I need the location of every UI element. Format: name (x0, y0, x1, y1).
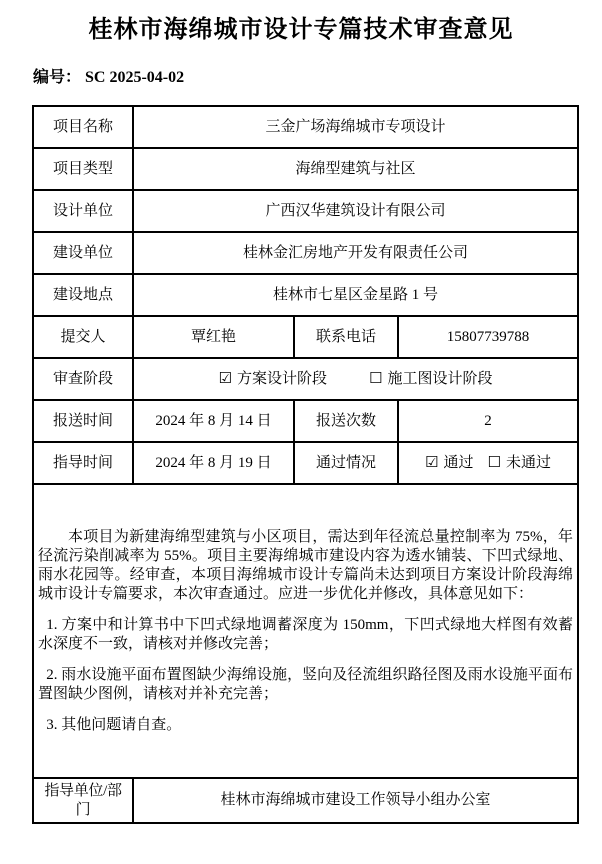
design-unit-label: 设计单位 (33, 190, 133, 232)
review-opinion-item-1: 1. 方案中和计算书中下凹式绿地调蓄深度为 150mm，下凹式绿地大样图有效蓄水… (38, 616, 573, 654)
review-stage-value: ☑方案设计阶段 ☐施工图设计阶段 (133, 358, 578, 400)
guidance-date-label: 指导时间 (33, 442, 133, 484)
table-row: 指导时间 2024 年 8 月 19 日 通过情况 ☑通过 ☐未通过 (33, 442, 578, 484)
submission-count-value: 2 (398, 400, 578, 442)
review-stage-option-scheme-label: 方案设计阶段 (237, 371, 327, 387)
construction-site-value: 桂林市七星区金星路 1 号 (133, 274, 578, 316)
guidance-unit-value: 桂林市海绵城市建设工作领导小组办公室 (133, 778, 578, 823)
review-opinion-paragraph: 本项目为新建海绵型建筑与小区项目，需达到年径流总量控制率为 75%，年径流污染削… (38, 528, 573, 604)
review-stage-option-construction-drawing-label: 施工图设计阶段 (387, 371, 492, 387)
review-opinion-item-2: 2. 雨水设施平面布置图缺少海绵设施，竖向及径流组织路径图及雨水设施平面布置图缺… (38, 666, 573, 704)
project-name-value: 三金广场海绵城市专项设计 (133, 106, 578, 148)
table-row: 本项目为新建海绵型建筑与小区项目，需达到年径流总量控制率为 75%，年径流污染削… (33, 484, 578, 778)
table-row: 提交人 覃红艳 联系电话 15807739788 (33, 316, 578, 358)
review-opinion-cell: 本项目为新建海绵型建筑与小区项目，需达到年径流总量控制率为 75%，年径流污染削… (33, 484, 578, 778)
review-stage-label: 审查阶段 (33, 358, 133, 400)
doc-number-value: SC 2025-04-02 (85, 69, 184, 86)
submission-count-label: 报送次数 (294, 400, 398, 442)
construction-site-label: 建设地点 (33, 274, 133, 316)
checkbox-unchecked-icon: ☐ (369, 369, 382, 387)
doc-number: 编号：SC 2025-04-02 (33, 68, 602, 88)
table-row: 项目类型 海绵型建筑与社区 (33, 148, 578, 190)
table-row: 指导单位/部门 桂林市海绵城市建设工作领导小组办公室 (33, 778, 578, 823)
doc-number-label: 编号： (33, 69, 81, 86)
pass-status-option-pass: ☑通过 (425, 453, 473, 473)
pass-status-option-pass-label: 通过 (444, 455, 474, 471)
pass-status-label: 通过情况 (294, 442, 398, 484)
table-row: 建设单位 桂林金汇房地产开发有限责任公司 (33, 232, 578, 274)
construction-unit-label: 建设单位 (33, 232, 133, 274)
document-page: 桂林市海绵城市设计专篇技术审查意见 编号：SC 2025-04-02 项目名称 … (0, 0, 602, 864)
submission-date-label: 报送时间 (33, 400, 133, 442)
guidance-unit-label: 指导单位/部门 (33, 778, 133, 823)
pass-status-value: ☑通过 ☐未通过 (398, 442, 578, 484)
table-row: 设计单位 广西汉华建筑设计有限公司 (33, 190, 578, 232)
checkbox-unchecked-icon: ☐ (488, 453, 501, 471)
review-form-table: 项目名称 三金广场海绵城市专项设计 项目类型 海绵型建筑与社区 设计单位 广西汉… (32, 105, 579, 824)
pass-status-option-fail-label: 未通过 (506, 455, 551, 471)
table-row: 审查阶段 ☑方案设计阶段 ☐施工图设计阶段 (33, 358, 578, 400)
submission-date-value: 2024 年 8 月 14 日 (133, 400, 294, 442)
submitter-label: 提交人 (33, 316, 133, 358)
contact-phone-value: 15807739788 (398, 316, 578, 358)
construction-unit-value: 桂林金汇房地产开发有限责任公司 (133, 232, 578, 274)
review-stage-option-construction-drawing: ☐施工图设计阶段 (369, 369, 492, 389)
pass-status-option-fail: ☐未通过 (488, 453, 551, 473)
table-row: 项目名称 三金广场海绵城市专项设计 (33, 106, 578, 148)
design-unit-value: 广西汉华建筑设计有限公司 (133, 190, 578, 232)
contact-phone-label: 联系电话 (294, 316, 398, 358)
review-opinion-item-3: 3. 其他问题请自查。 (38, 716, 573, 735)
submitter-value: 覃红艳 (133, 316, 294, 358)
table-row: 建设地点 桂林市七星区金星路 1 号 (33, 274, 578, 316)
table-row: 报送时间 2024 年 8 月 14 日 报送次数 2 (33, 400, 578, 442)
checkbox-checked-icon: ☑ (425, 453, 438, 471)
project-name-label: 项目名称 (33, 106, 133, 148)
project-type-value: 海绵型建筑与社区 (133, 148, 578, 190)
review-stage-option-scheme: ☑方案设计阶段 (219, 369, 327, 389)
page-title: 桂林市海绵城市设计专篇技术审查意见 (0, 14, 602, 46)
project-type-label: 项目类型 (33, 148, 133, 190)
guidance-date-value: 2024 年 8 月 19 日 (133, 442, 294, 484)
checkbox-checked-icon: ☑ (219, 369, 232, 387)
